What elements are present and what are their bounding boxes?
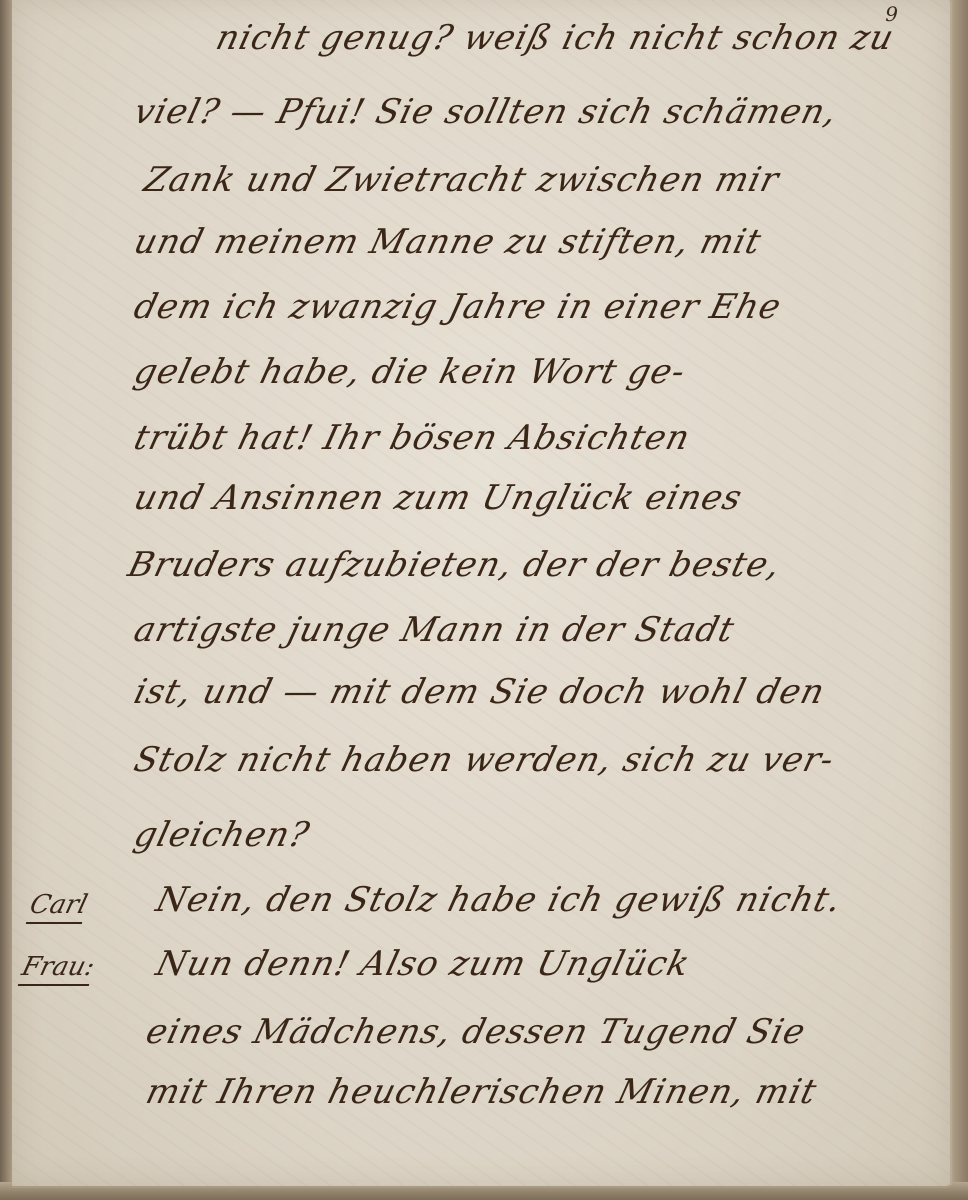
manuscript-line-16: eines Mädchens, dessen Tugend Sie: [142, 1012, 810, 1052]
speaker-label-carl: Carl: [26, 890, 91, 924]
manuscript-line-2: viel? — Pfui! Sie sollten sich schämen,: [130, 92, 842, 132]
manuscript-line-9: Bruders aufzubieten, der der beste,: [124, 545, 785, 585]
manuscript-line-8: und Ansinnen zum Unglück eines: [130, 478, 747, 518]
manuscript-line-15: Nun denn! Also zum Unglück: [152, 944, 694, 984]
manuscript-line-4: und meinem Manne zu stiften, mit: [130, 222, 766, 262]
manuscript-line-13: gleichen?: [130, 815, 314, 855]
manuscript-line-12: Stolz nicht haben werden, sich zu ver-: [130, 740, 839, 780]
manuscript-line-10: artigste junge Mann in der Stadt: [130, 610, 739, 650]
manuscript-line-14: Nein, den Stolz habe ich gewiß nicht.: [152, 880, 846, 920]
manuscript-line-11: ist, und — mit dem Sie doch wohl den: [130, 672, 829, 712]
manuscript-line-6: gelebt habe, die kein Wort ge-: [130, 352, 690, 392]
speaker-label-frau: Frau:: [18, 952, 98, 986]
manuscript-page: 9 nicht genug? weiß ich nicht schon zu v…: [12, 0, 952, 1188]
manuscript-line-17: mit Ihren heuchlerischen Minen, mit: [142, 1072, 821, 1112]
manuscript-line-3: Zank und Zwietracht zwischen mir: [140, 160, 783, 200]
manuscript-line-1: nicht genug? weiß ich nicht schon zu: [212, 18, 898, 58]
manuscript-line-5: dem ich zwanzig Jahre in einer Ehe: [130, 287, 786, 327]
manuscript-line-7: trübt hat! Ihr bösen Absichten: [130, 418, 694, 458]
